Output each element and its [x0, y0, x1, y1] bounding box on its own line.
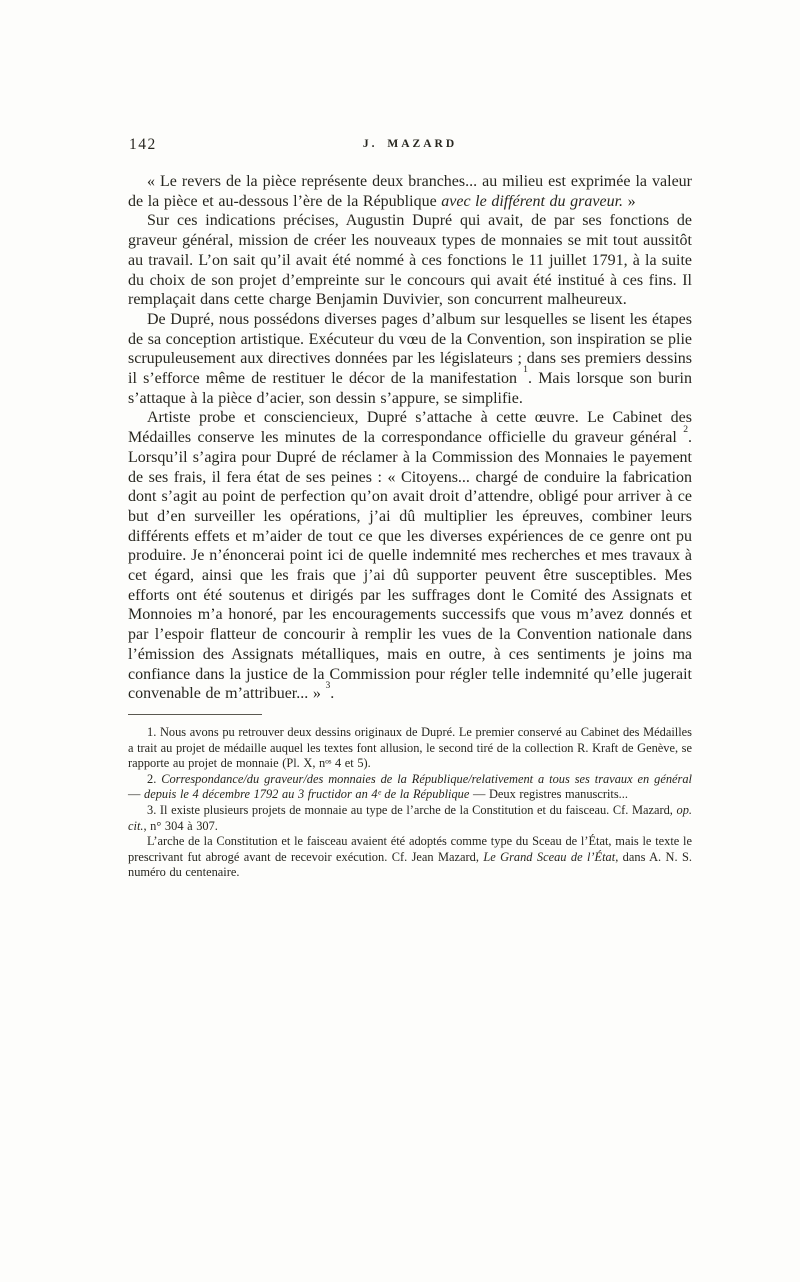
footnote-separator	[128, 714, 262, 715]
book-page: 142 J. MAZARD « Le revers de la pièce re…	[128, 136, 692, 881]
body-paragraph: « Le revers de la pièce représente deux …	[128, 172, 692, 211]
page-header: 142 J. MAZARD	[128, 136, 692, 166]
footnotes: 1. Nous avons pu retrouver deux dessins …	[128, 725, 692, 881]
footnote: L’arche de la Constitution et le faiscea…	[128, 834, 692, 881]
footnote: 1. Nous avons pu retrouver deux dessins …	[128, 725, 692, 772]
running-head: J. MAZARD	[128, 138, 692, 150]
body-paragraph: Artiste probe et consciencieux, Dupré s’…	[128, 408, 692, 704]
body-paragraph: Sur ces indications précises, Augustin D…	[128, 211, 692, 310]
footnote: 3. Il existe plusieurs projets de monnai…	[128, 803, 692, 834]
body-text: « Le revers de la pièce représente deux …	[128, 172, 692, 704]
footnote: 2. Correspondance/du graveur/des monnaie…	[128, 772, 692, 803]
body-paragraph: De Dupré, nous possédons diverses pages …	[128, 310, 692, 409]
